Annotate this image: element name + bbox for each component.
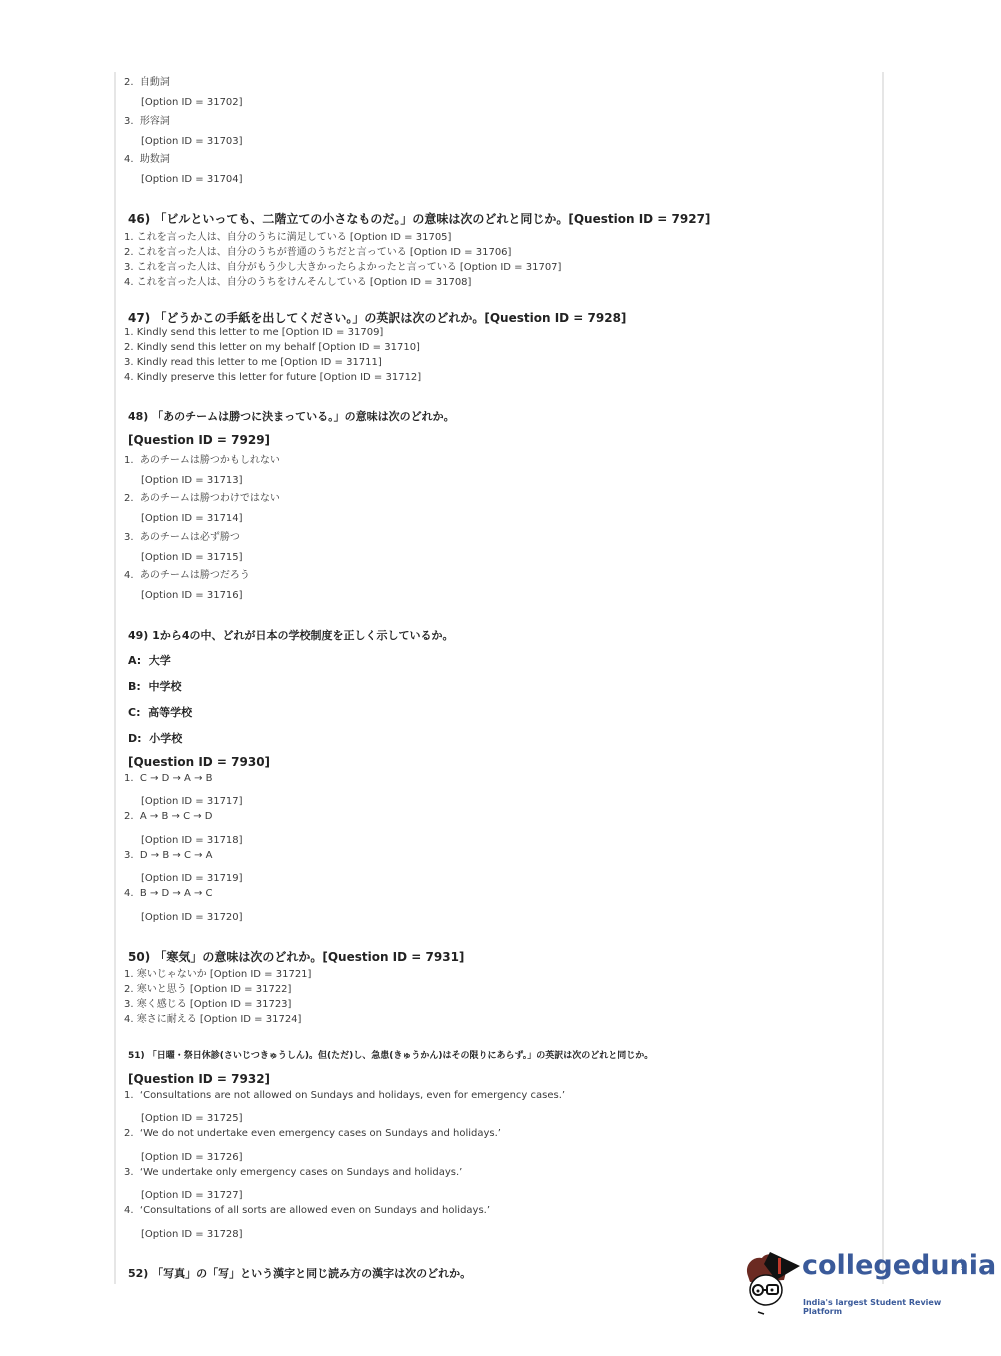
option-number: 2.: [124, 77, 134, 88]
option-number: 1.: [124, 1090, 134, 1101]
q49-item-d: D: 小学校: [128, 730, 182, 746]
q47-title: 47) 「どうかこの手紙を出してください。」の英訳は次のどれか。[Questio…: [128, 309, 626, 326]
q49-option-1: 1. C → D → A → B: [124, 773, 213, 784]
q51-option-3-id: [Option ID = 31727]: [141, 1190, 243, 1201]
option-number: 2.: [124, 811, 134, 822]
q48-option-1: 1. あのチームは勝つかもしれない: [124, 451, 280, 466]
q47-option-3: 3. Kindly read this letter to me [Option…: [124, 357, 382, 368]
option-number: 3.: [124, 532, 134, 543]
option-text: 助数詞: [140, 154, 170, 165]
q48-option-2: 2. あのチームは勝つわけではない: [124, 489, 280, 504]
item-text: 大学: [149, 654, 171, 667]
option-text: B → D → A → C: [140, 888, 213, 899]
q50-option-3: 3. 寒く感じる [Option ID = 31723]: [124, 995, 291, 1010]
q52-title: 52) 「写真」の「写」という漢字と同じ読み方の漢字は次のどれか。: [128, 1265, 471, 1281]
q49-item-c: C: 高等学校: [128, 704, 192, 720]
option-number: 1.: [124, 773, 134, 784]
q49-question-id: [Question ID = 7930]: [128, 755, 270, 769]
option-text: ‘We do not undertake even emergency case…: [140, 1128, 501, 1139]
q51-option-1: 1. ‘Consultations are not allowed on Sun…: [124, 1090, 565, 1101]
option-number: 4.: [124, 154, 134, 165]
collegedunia-logo: collegedunia .com India's largest Studen…: [740, 1246, 980, 1320]
q49-title: 49) 1から4の中、どれが日本の学校制度を正しく示しているか。: [128, 627, 453, 643]
option-number: 4.: [124, 570, 134, 581]
item-label: A:: [128, 654, 141, 667]
q49-option-1-id: [Option ID = 31717]: [141, 796, 243, 807]
option-number: 3.: [124, 1167, 134, 1178]
q51-option-2-id: [Option ID = 31726]: [141, 1152, 243, 1163]
q46-option-2: 2. これを言った人は、自分のうちが普通のうちだと言っている [Option I…: [124, 243, 511, 258]
option-number: 4.: [124, 888, 134, 899]
q48-option-1-id: [Option ID = 31713]: [141, 475, 243, 486]
q46-option-3: 3. これを言った人は、自分がもう少し大きかったらよかったと言っている [Opt…: [124, 258, 561, 273]
item-text: 小学校: [149, 732, 182, 745]
item-label: C:: [128, 706, 140, 719]
q49-option-4-id: [Option ID = 31720]: [141, 912, 243, 923]
q50-title: 50) 「寒気」の意味は次のどれか。[Question ID = 7931]: [128, 948, 464, 965]
option-text: A → B → C → D: [140, 811, 213, 822]
q49-item-b: B: 中学校: [128, 678, 181, 694]
option-number: 2.: [124, 1128, 134, 1139]
q51-title: 51) 「日曜・祭日休診(さいじつきゅうしん)。但(ただ)し、急患(きゅうかん)…: [128, 1048, 653, 1061]
item-text: 中学校: [148, 680, 181, 693]
item-label: D:: [128, 732, 142, 745]
q48-option-4-id: [Option ID = 31716]: [141, 590, 243, 601]
option-text: ‘We undertake only emergency cases on Su…: [140, 1167, 462, 1178]
q48-option-2-id: [Option ID = 31714]: [141, 513, 243, 524]
q48-option-3: 3. あのチームは必ず勝つ: [124, 528, 240, 543]
q46-title: 46) 「ビルといっても、二階立ての小さなものだ。」の意味は次のどれと同じか。[…: [128, 210, 710, 227]
option-text: C → D → A → B: [140, 773, 213, 784]
q48-option-4: 4. あのチームは勝つだろう: [124, 566, 250, 581]
option-number: 1.: [124, 455, 134, 466]
item-label: B:: [128, 680, 141, 693]
q51-option-4-id: [Option ID = 31728]: [141, 1229, 243, 1240]
q51-option-4: 4. ‘Consultations of all sorts are allow…: [124, 1205, 490, 1216]
q50-option-2: 2. 寒いと思う [Option ID = 31722]: [124, 980, 291, 995]
q50-option-4: 4. 寒さに耐える [Option ID = 31724]: [124, 1010, 301, 1025]
option-text: ‘Consultations are not allowed on Sunday…: [140, 1090, 565, 1101]
option-number: 3.: [124, 850, 134, 861]
option-text: あのチームは勝つわけではない: [140, 493, 280, 504]
q45-option-2: 2. 自動詞: [124, 73, 170, 88]
q49-option-2: 2. A → B → C → D: [124, 811, 213, 822]
q45-option-2-id: [Option ID = 31702]: [141, 97, 243, 108]
q45-option-3: 3. 形容詞: [124, 112, 170, 127]
option-text: あのチームは勝つかもしれない: [140, 455, 280, 466]
q51-question-id: [Question ID = 7932]: [128, 1072, 270, 1086]
q48-option-3-id: [Option ID = 31715]: [141, 552, 243, 563]
q49-option-3: 3. D → B → C → A: [124, 850, 213, 861]
item-text: 高等学校: [148, 706, 192, 719]
option-text: ‘Consultations of all sorts are allowed …: [140, 1205, 490, 1216]
q51-option-1-id: [Option ID = 31725]: [141, 1113, 243, 1124]
q45-option-3-id: [Option ID = 31703]: [141, 136, 243, 147]
option-text: 自動詞: [140, 77, 170, 88]
q51-option-3: 3. ‘We undertake only emergency cases on…: [124, 1167, 462, 1178]
q47-option-1: 1. Kindly send this letter to me [Option…: [124, 327, 383, 338]
q47-option-2: 2. Kindly send this letter on my behalf …: [124, 342, 420, 353]
option-number: 4.: [124, 1205, 134, 1216]
option-text: 形容詞: [140, 116, 170, 127]
q47-option-4: 4. Kindly preserve this letter for futur…: [124, 372, 421, 383]
option-number: 3.: [124, 116, 134, 127]
option-text: あのチームは勝つだろう: [140, 570, 250, 581]
q50-option-1: 1. 寒いじゃないか [Option ID = 31721]: [124, 965, 311, 980]
q46-option-1: 1. これを言った人は、自分のうちに満足している [Option ID = 31…: [124, 228, 451, 243]
q45-option-4: 4. 助数詞: [124, 150, 170, 165]
option-text: D → B → C → A: [140, 850, 213, 861]
mascot-icon: [740, 1246, 804, 1320]
q45-option-4-id: [Option ID = 31704]: [141, 174, 243, 185]
q49-option-2-id: [Option ID = 31718]: [141, 835, 243, 846]
q48-question-id: [Question ID = 7929]: [128, 433, 270, 447]
q49-option-4: 4. B → D → A → C: [124, 888, 213, 899]
option-number: 2.: [124, 493, 134, 504]
q49-option-3-id: [Option ID = 31719]: [141, 873, 243, 884]
option-text: あのチームは必ず勝つ: [140, 532, 240, 543]
q48-title: 48) 「あのチームは勝つに決まっている。」の意味は次のどれか。: [128, 408, 455, 424]
q46-option-4: 4. これを言った人は、自分のうちをけんそんしている [Option ID = …: [124, 273, 471, 288]
q51-option-2: 2. ‘We do not undertake even emergency c…: [124, 1128, 501, 1139]
brand-name: collegedunia: [802, 1250, 996, 1281]
q49-item-a: A: 大学: [128, 652, 171, 668]
brand-tagline: India's largest Student Review Platform: [803, 1298, 980, 1316]
brand-domain-suffix: .com: [959, 1258, 965, 1270]
